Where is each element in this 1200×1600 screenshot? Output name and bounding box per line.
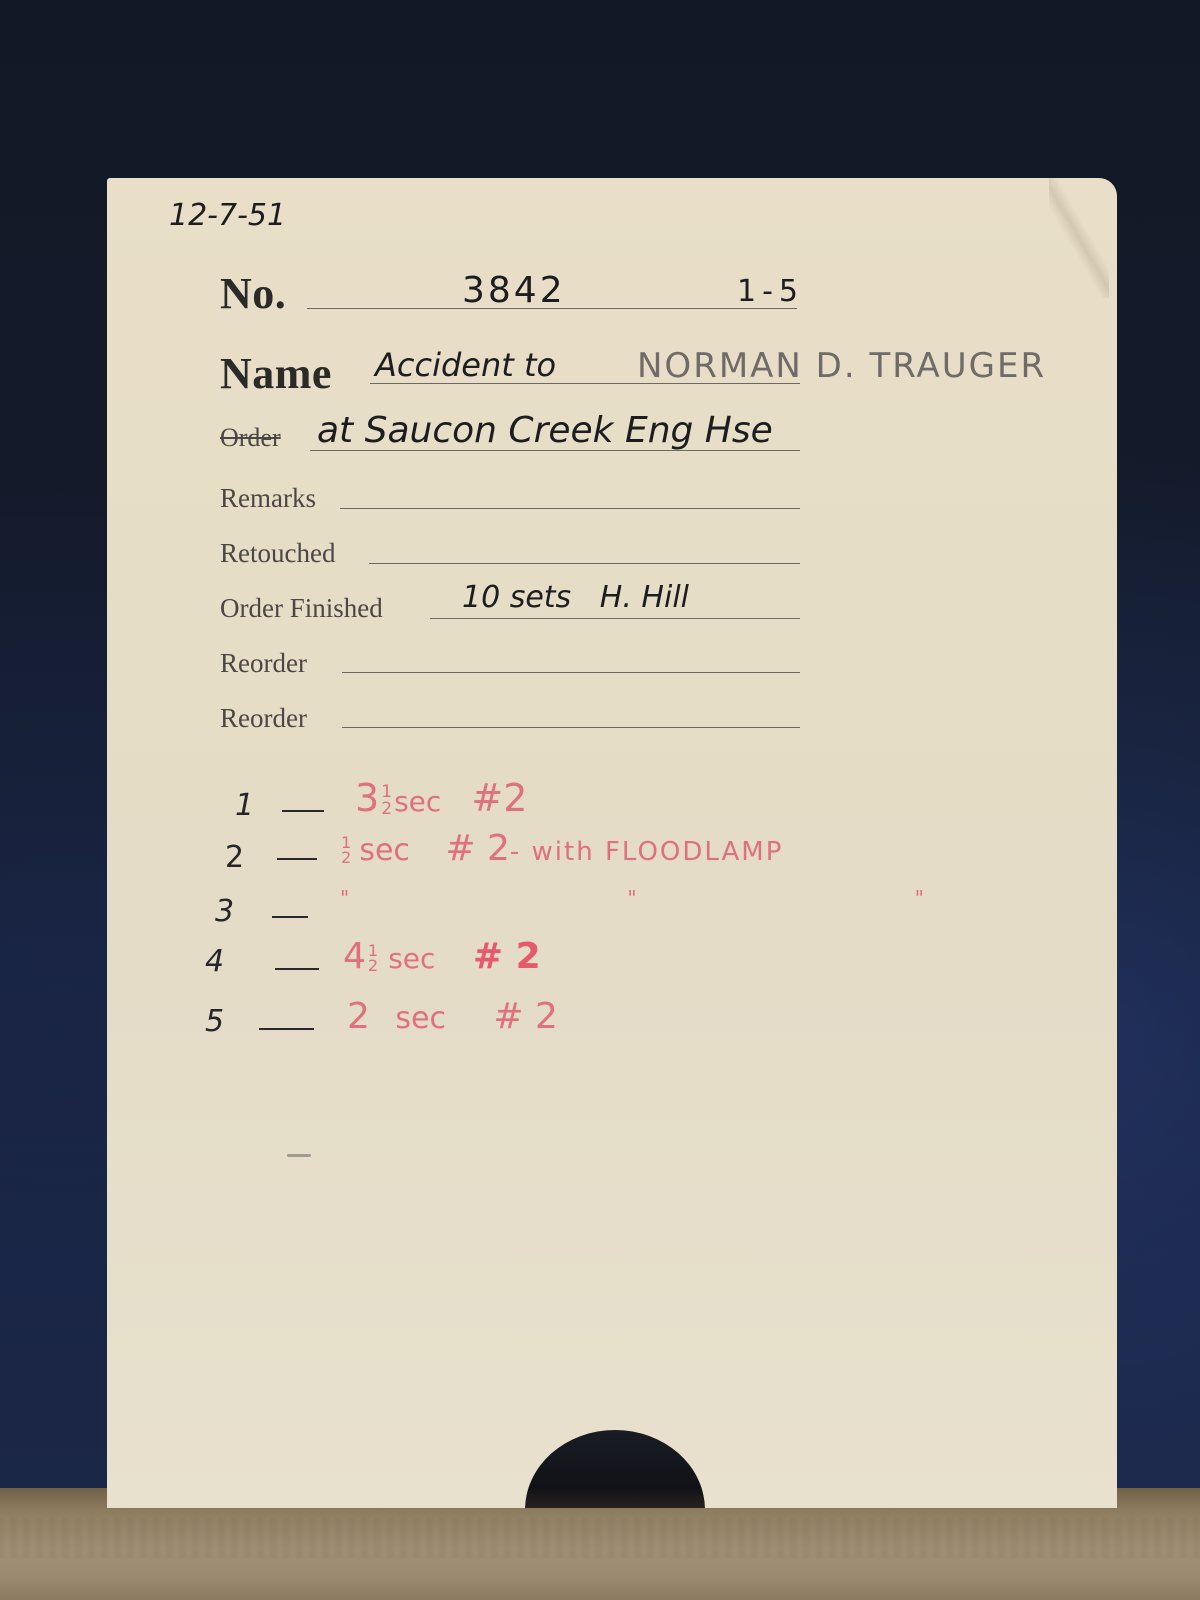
reorder-line-2 [342,727,800,728]
order-finished-label: Order Finished [220,593,383,624]
exposure-dash-5 [259,1028,314,1030]
retouched-line [369,563,800,564]
exposure-number-3: 3 [215,894,234,929]
order-value: at Saucon Creek Eng Hse [317,410,773,451]
exposure-dash-4 [275,968,319,970]
exposure-filter-4: # 2 [473,936,541,977]
exposure-extra-2: - with FLOODLAMP [510,837,784,867]
exposure-number-4: 4 [205,944,224,979]
exposure-filter-2: # 2 [445,828,510,869]
corner-crease [1049,178,1109,298]
exposure-note-2: 12sec # 2- with FLOODLAMP [339,828,783,869]
exposure-number-2: 2 [225,840,244,875]
exposure-number-5: 5 [205,1004,224,1039]
exposure-whole-1: 3 [355,776,379,820]
exposure-dash-1 [282,810,324,812]
photo-envelope: 12-7-51 No. 3842 1-5 Name Accident to NO… [107,178,1117,1508]
exposure-dash-3 [272,916,308,918]
order-label: Order [220,423,281,453]
exposure-dash-2 [277,858,317,860]
exposure-fraction-2: 12 [341,835,351,866]
exposure-note-4: 412sec # 2 [343,936,541,977]
exposure-filter-5: # 2 [493,996,558,1037]
exposure-fraction-4: 12 [368,943,378,974]
number-value: 3842 [462,270,566,311]
number-label: No. [220,268,286,319]
exposure-number-1: 1 [235,788,254,823]
order-finished-value: 10 sets H. Hill [462,580,689,615]
remarks-label: Remarks [220,483,316,514]
exposure-unit-5: sec [395,1001,446,1036]
handwritten-date: 12-7-51 [169,198,286,233]
exposure-whole-4: 4 [343,936,366,977]
exposure-unit-4: sec [388,942,435,975]
order-finished-line [430,618,800,619]
exposure-fraction-1: 12 [381,784,392,816]
smudge-mark [287,1154,311,1157]
name-value-ink: Accident to [375,346,556,384]
exposure-filter-1: #2 [471,776,527,820]
exposure-unit-2: sec [359,833,410,868]
number-range: 1-5 [737,274,804,309]
exposure-whole-5: 2 [347,996,370,1037]
retouched-label: Retouched [220,538,335,569]
reorder-label-1: Reorder [220,648,307,679]
remarks-line [340,508,800,509]
reorder-label-2: Reorder [220,703,307,734]
exposure-unit-1: sec [394,785,441,818]
exposure-ditto-3: " " " " " [340,886,1200,910]
name-label: Name [220,348,332,399]
exposure-note-5: 2 sec # 2 [347,996,558,1037]
name-value-pencil: NORMAN D. TRAUGER [637,346,1046,386]
reorder-line-1 [342,672,800,673]
exposure-note-1: 312sec #2 [355,776,527,820]
